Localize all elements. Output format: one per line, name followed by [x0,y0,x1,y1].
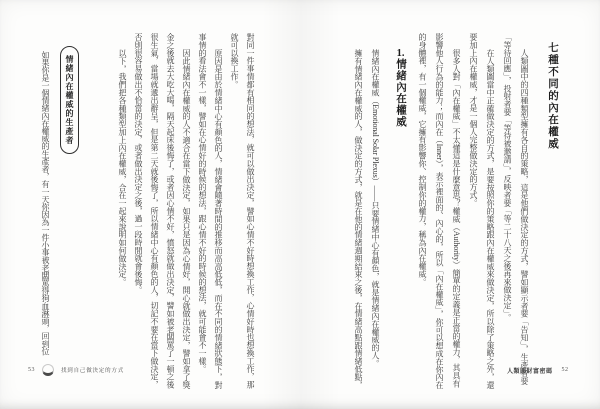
paragraph: 對同一件事情都有相同的想法，就可以做出決定，譬如心情不好時想換工作，心情好時也想… [226,33,258,389]
chapter-logo-icon [42,364,54,376]
page-gutter [262,0,340,409]
sidebar-paragraph: 如果你是一個情緒內在權威的生產者，有一天你因為一件小事被老闆罵得狗血淋頭，回到位 [40,36,51,368]
running-title-right: 人類圖財富密碼 [507,366,553,375]
paragraph: 原因是由於情緒中心有顏色的人，情緒會隨著時間的推移而高高低低，而在不同的情緒狀態… [194,33,226,389]
footer-left: 53 找到自己做決定的方式 [28,362,124,377]
section-heading: 1.情緒內在權威 [393,33,408,389]
paragraph: 人類圖中的四種類型擁有各自的策略，這是他們做決定的方式，譬如顯示者要「告知」，生… [499,33,533,389]
paragraph: 在人類圖當中正確做決定的方式，是要按照你的策略跟內在權威來做決定，所以除了策略之… [465,33,499,389]
paragraph: 以下，我們把各種類型加上內在權威，合在一起來說明如何做決定。 [114,33,130,389]
paragraph: 很多人對「內在權威」不太懂這是什麼意思？權威（Authority）簡單的定義是正… [414,33,465,389]
footer-right: 人類圖財富密碼 52 [507,364,569,376]
paragraph: 擁有情緒內在權威的人，做決定的方式，就是在他的情緒週期結束之後，在情緒高點跟情緒… [350,33,367,389]
section-number: 1. [395,48,406,59]
sidebar-heading: 情緒內在權威的生產者 [60,46,79,154]
left-page-body: 對同一件事情都有相同的想法，就可以做出決定，譬如心情不好時想換工作，心情好時也想… [114,33,258,389]
page-number-right: 52 [562,367,569,373]
book-spread: 七種不同的內在權威 人類圖中的四種類型擁有各自的策略，這是他們做決定的方式，譬如… [0,0,600,409]
page-number-left: 53 [28,367,35,373]
paragraph: 因此情緒內在權威的人不適合在當下做決定，如果只是因為心情好，開心就做出決定，譬如… [130,33,194,389]
section-title: 情緒內在權威 [395,59,406,128]
paragraph: 情緒內在權威（Emotional Solar Plexus）——只要情緒中心有顏… [367,33,384,389]
chapter-title: 七種不同的內在權威 [545,42,560,212]
right-page-body: 人類圖中的四種類型擁有各自的策略，這是他們做決定的方式，譬如顯示者要「告知」，生… [350,33,533,389]
running-title-left: 找到自己做決定的方式 [61,366,124,374]
